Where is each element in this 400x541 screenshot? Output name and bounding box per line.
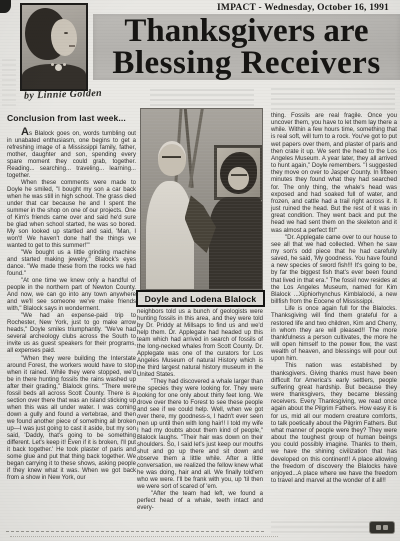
article-headline: Thanksgivers are Blessing Receivers <box>93 15 400 79</box>
paragraph: "When they were building the Interstate … <box>7 356 136 482</box>
photo-grain-overlay <box>141 109 262 289</box>
marker-glyph <box>376 525 381 530</box>
headline-line-2: Blessing Receivers <box>93 47 400 79</box>
author-portrait-photo <box>20 3 88 91</box>
paragraph: Life is once again full for the Blalocks… <box>271 305 397 362</box>
bleed-through-texture <box>150 88 254 106</box>
newspaper-clipping-page: { "masthead": { "date_line": "IMPACT - W… <box>0 0 400 541</box>
lead-in-heading: Conclusion from last week... <box>7 113 137 123</box>
portrait-face-shape <box>51 19 77 56</box>
byline-signature: by Linnie Golden <box>24 87 114 101</box>
marker-glyph <box>383 525 388 530</box>
paragraph: "We had an expense-paid trip to Rocheste… <box>7 313 136 355</box>
article-column-2: neighbors told us a bunch of geologists … <box>137 309 263 512</box>
scan-corner-mark <box>0 0 11 13</box>
paragraph: thing. Fossils are real fragile. Once yo… <box>271 112 397 234</box>
portrait-necklace-shape <box>55 64 62 71</box>
paragraph: When these comments were made to Doyle h… <box>7 180 136 250</box>
bleed-through-texture <box>2 58 16 106</box>
paragraph: "At one time we knew only a handful of p… <box>7 278 136 313</box>
scan-edge-dashed-line <box>6 531 264 532</box>
bleed-through-texture <box>271 86 395 110</box>
paragraph: "We bought us a little grinding machine … <box>7 250 136 278</box>
headline-banner: Thanksgivers are Blessing Receivers <box>93 14 400 80</box>
paragraph: "They had discovered a whale larger than… <box>137 379 263 491</box>
blalock-couple-photo <box>140 108 263 290</box>
page-end-marker <box>370 522 394 533</box>
paragraph: "Dr. Applegate came over to our house to… <box>271 234 397 306</box>
article-column-1: As Blalock goes on, words tumbling out i… <box>7 129 136 482</box>
photo-caption: Doyle and Lodena Blalock <box>136 290 265 307</box>
paragraph: "After the team had left, we found a per… <box>137 491 263 512</box>
paragraph: As Blalock goes on, words tumbling out i… <box>7 129 136 180</box>
scan-edge-dotted-line <box>10 536 278 537</box>
headline-line-1: Thanksgivers are <box>93 15 400 47</box>
paragraph: This nation was established by thanksgiv… <box>271 362 397 484</box>
portrait-mouth-shape <box>69 45 75 47</box>
paragraph: neighbors told us a bunch of geologists … <box>137 309 263 379</box>
article-column-3: thing. Fossils are real fragile. Once yo… <box>271 112 397 484</box>
portrait-shoulders-shape <box>22 64 86 91</box>
masthead-dateline: IMPACT - Wednesday, October 16, 1991 <box>217 3 389 13</box>
portrait-eye-shape <box>64 32 68 34</box>
